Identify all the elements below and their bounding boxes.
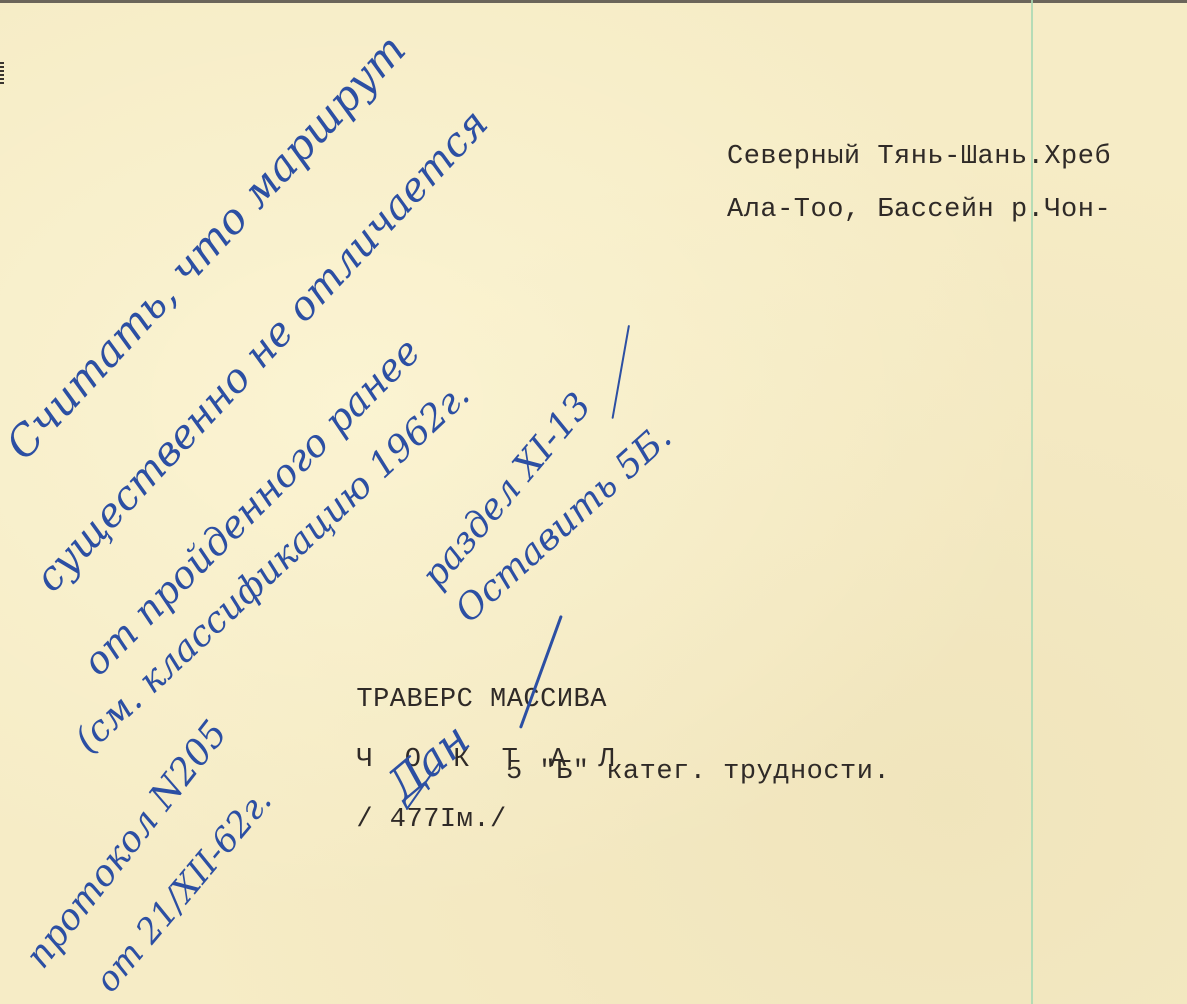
title-route: ТРАВЕРС МАССИВА: [356, 685, 607, 715]
scan-top-edge: [0, 0, 1187, 3]
title-altitude: / 477Iм./: [356, 805, 506, 835]
header-line-2: Ала-Тоо, Бассейн р.Чон-: [727, 195, 1111, 225]
difficulty-category: 5 "Б" катег. трудности.: [506, 757, 890, 787]
annotation-vertical-stroke: [612, 325, 630, 419]
header-line-1: Северный Тянь-Шань.Хреб: [727, 142, 1111, 172]
edge-mark: [0, 62, 4, 86]
